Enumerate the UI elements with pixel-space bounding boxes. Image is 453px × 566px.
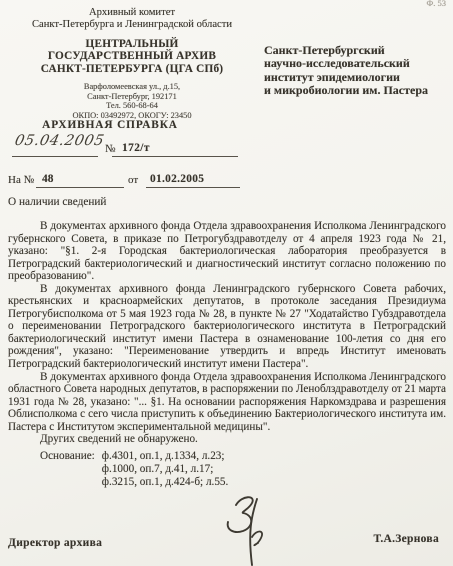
recipient-line-3: институт эпидемиологии (264, 71, 450, 84)
body-paragraph-4: Других сведений не обнаружено. (8, 433, 446, 446)
handwritten-date: 05.04.2005 (13, 133, 105, 149)
recipient-line-2: научно-исследовательский (264, 57, 450, 70)
address-street: Варфоломеевская ул., д.15, (6, 82, 258, 92)
signer-position-title: Директор архива (8, 537, 102, 549)
basis-label: Основание: (40, 450, 95, 490)
archive-name-line-3: САНКТ-ПЕТЕРБУРГА (ЦГА СПб) (6, 63, 258, 75)
letterhead: Архивный комитет Санкт-Петербурга и Лени… (6, 7, 258, 120)
director-signature-icon (212, 489, 274, 566)
body-paragraph-3: В документах архивного фонда Отдела здра… (8, 371, 446, 434)
committee-line-2: Санкт-Петербурга и Ленинградской области (6, 19, 258, 31)
reply-date-underline (146, 187, 240, 188)
signer-name: Т.А.Зернова (374, 533, 440, 545)
form-code-label: Ф. 53 (427, 0, 446, 8)
body-paragraph-2: В документах архивного фонда Ленинградск… (8, 283, 446, 371)
outgoing-number: 172/т (122, 142, 150, 154)
basis-reference-2: ф.1000, оп.7, д.41, л.17; (102, 463, 229, 476)
basis-block: Основание: ф.4301, оп.1, д.1334, л.23; ф… (40, 450, 446, 490)
reply-from-label: от (128, 174, 138, 186)
number-underline (112, 156, 238, 157)
basis-references: ф.4301, оп.1, д.1334, л.23; ф.1000, оп.7… (102, 450, 229, 490)
archive-name-line-2: ГОСУДАРСТВЕННЫЙ АРХИВ (6, 50, 258, 62)
archive-address: Варфоломеевская ул., д.15, Санкт-Петербу… (6, 82, 258, 120)
committee-line-1: Архивный комитет (6, 7, 258, 19)
address-city: Санкт-Петербург, 192171 (6, 92, 258, 102)
reply-to-date: 01.02.2005 (150, 173, 204, 185)
certificate-body: В документах архивного фонда Отдела здра… (8, 220, 446, 489)
archive-name: ЦЕНТРАЛЬНЫЙ ГОСУДАРСТВЕННЫЙ АРХИВ САНКТ-… (6, 38, 258, 75)
date-underline (12, 156, 98, 157)
archival-certificate-document: Ф. 53 Архивный комитет Санкт-Петербурга … (0, 0, 453, 566)
recipient-line-1: Санкт-Петербургский (264, 44, 450, 57)
basis-reference-1: ф.4301, оп.1, д.1334, л.23; (102, 450, 229, 463)
basis-reference-3: ф.3215, оп.1, д.424-б; л.55. (102, 476, 229, 489)
archive-name-line-1: ЦЕНТРАЛЬНЫЙ (6, 38, 258, 50)
body-paragraph-1: В документах архивного фонда Отдела здра… (8, 220, 446, 283)
committee-name: Архивный комитет Санкт-Петербурга и Лени… (6, 7, 258, 30)
address-phone: Тел. 560-68-64 (6, 101, 258, 111)
reply-number-underline (36, 187, 124, 188)
recipient-line-4: и микробиологии им. Пастера (264, 84, 450, 97)
recipient-block: Санкт-Петербургский научно-исследователь… (264, 44, 450, 98)
reply-to-label: На № (8, 174, 34, 186)
subject-line: О наличии сведений (8, 196, 106, 208)
reply-to-number: 48 (42, 173, 53, 185)
number-sign: № (105, 143, 116, 155)
document-title: АРХИВНАЯ СПРАВКА (10, 119, 210, 131)
